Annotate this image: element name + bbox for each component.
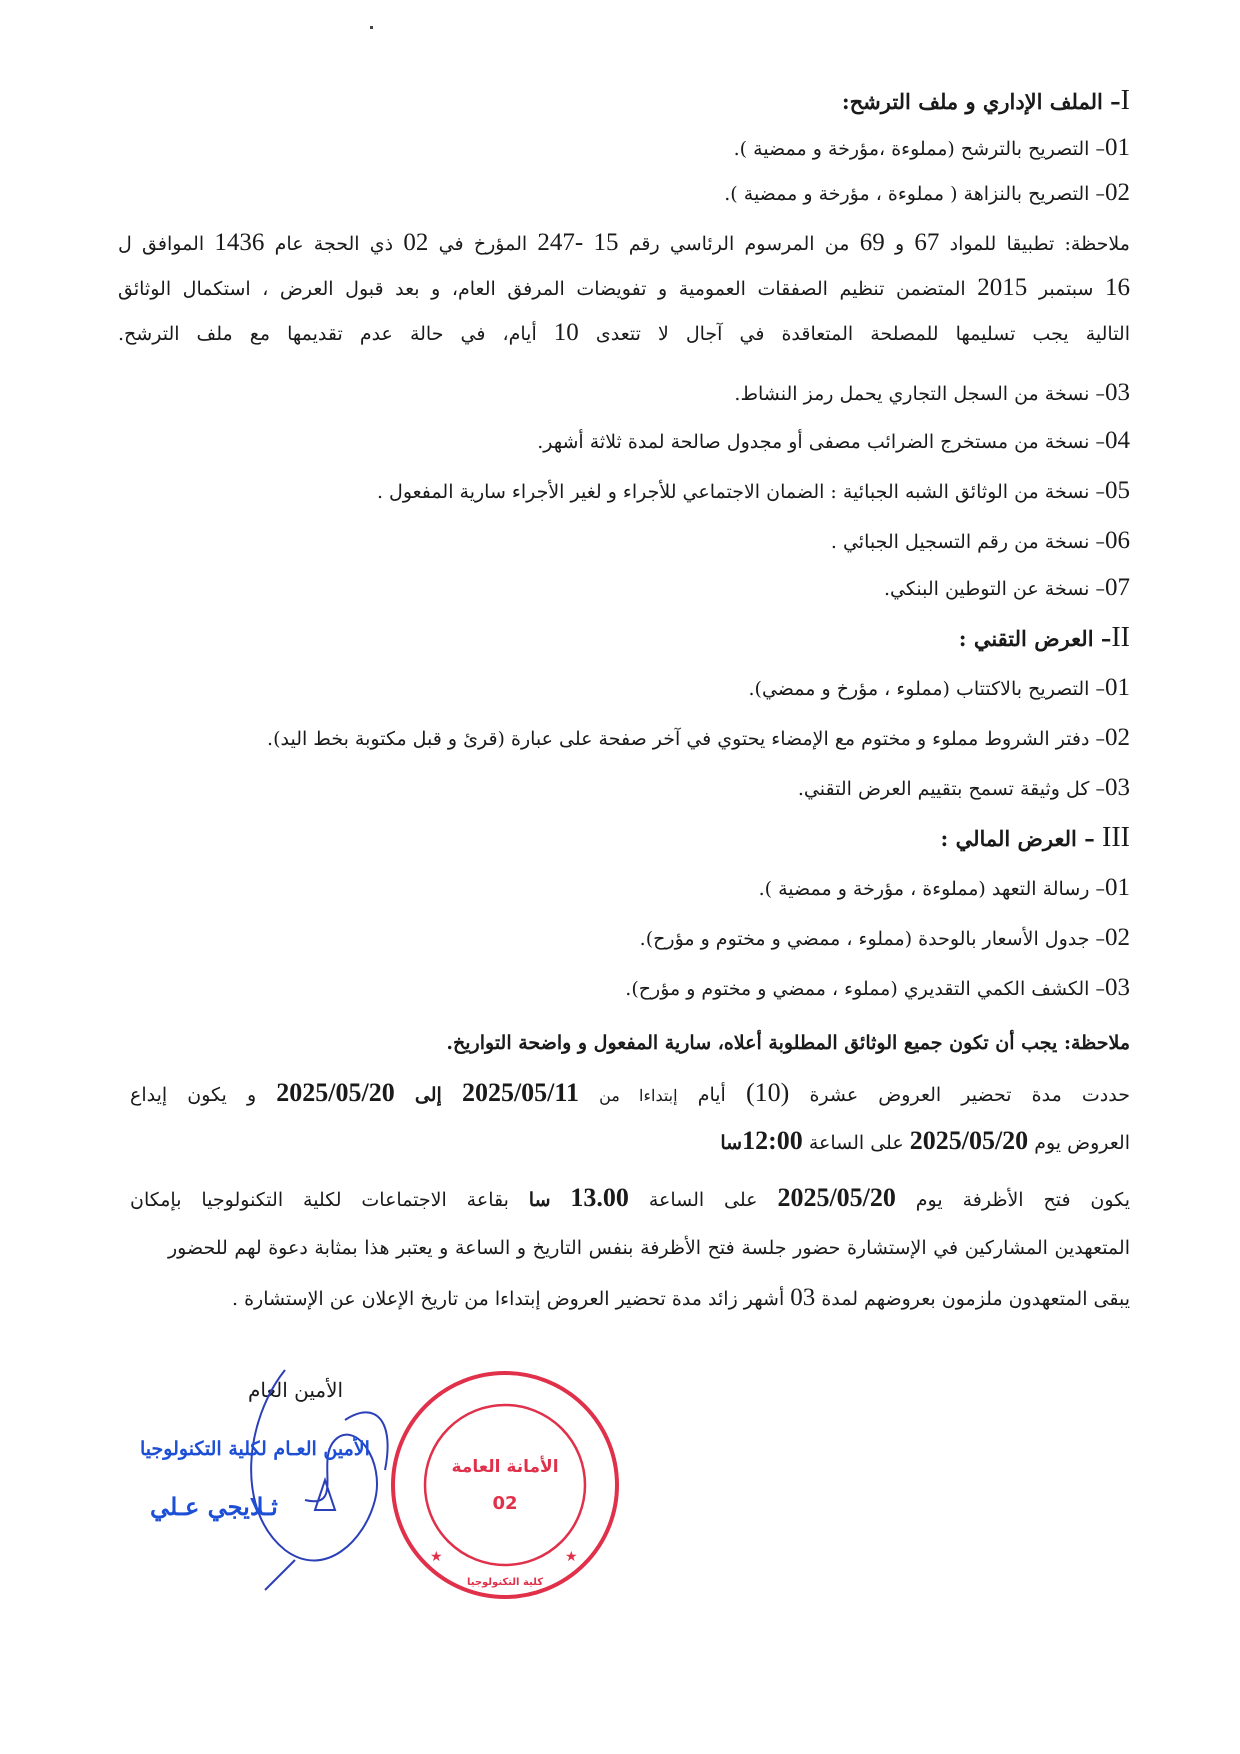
section-3-item-02: 02– جدول الأسعار بالوحدة (مملوء ، ممضي و… (640, 925, 1130, 952)
section-2-item-03: 03– كل وثيقة تسمح بتقييم العرض التقني. (798, 775, 1130, 802)
stamp-bottom-text: كلية التكنولوجيا (385, 1577, 625, 1588)
section-2-item-02: 02– دفتر الشروط مملوء و مختوم مع الإمضاء… (267, 725, 1130, 752)
official-name-stamp-line-2: ثـلايجي عـلي (150, 1492, 278, 1521)
section-1-heading: I– الملف الإداري و ملف الترشح: (842, 88, 1130, 115)
section-1-item-07: 07– نسخة عن التوطين البنكي. (884, 575, 1130, 602)
opening-line-3: يبقى المتعهدون ملزمون بعروضهم لمدة 03 أش… (232, 1285, 1130, 1312)
section-1-item-04: 04– نسخة من مستخرج الضرائب مصفى أو مجدول… (537, 428, 1130, 455)
section-1-item-02: 02– التصريح بالنزاهة ( مملوءة ، مؤرخة و … (724, 180, 1130, 207)
start-date: 2025/05/11 (462, 1078, 579, 1107)
official-name-stamp-line-1: الأمين العـام لكلية التكنولوجيا (140, 1438, 370, 1460)
section-3-heading: III – العرض المالي : (941, 825, 1131, 852)
final-note: ملاحظة: يجب أن تكون جميع الوثائق المطلوب… (446, 1030, 1130, 1056)
stamp-ring-icon: ★ ★ (385, 1365, 625, 1605)
section-1-item-03: 03– نسخة من السجل التجاري يحمل رمز النشا… (734, 380, 1130, 407)
section-1-item-01: 01– التصريح بالترشح (مملوءة ،مؤرخة و ممض… (734, 135, 1130, 162)
section-2-item-01: 01– التصريح بالاكتتاب (مملوء ، مؤرخ و مم… (749, 675, 1130, 702)
stamp-number: 02 (385, 1493, 625, 1514)
section-1-item-06: 06– نسخة من رقم التسجيل الجبائي . (831, 528, 1130, 555)
opening-line-1: يكون فتح الأظرفة يوم 2025/05/20 على السا… (130, 1185, 1130, 1213)
deposit-date: 2025/05/20 (910, 1126, 1028, 1155)
deadline-line-1: حددت مدة تحضير العروض عشرة (10) أيام إبت… (130, 1080, 1130, 1109)
svg-text:★: ★ (565, 1549, 578, 1565)
note-line-1: ملاحظة: تطبيقا للمواد 67 و 69 من المرسوم… (118, 230, 1130, 257)
opening-line-2: المتعهدين المشاركين في الإستشارة حضور جل… (168, 1235, 1130, 1261)
round-official-stamp: ★ ★ الأمانة العامة 02 كلية التكنولوجيا (385, 1365, 625, 1605)
section-2-heading: II– العرض التقني : (959, 625, 1130, 652)
section-3-item-01: 01– رسالة التعهد (مملوءة ، مؤرخة و ممضية… (759, 875, 1130, 902)
end-date: 2025/05/20 (276, 1078, 394, 1107)
note-line-3: التالية يجب تسليمها للمصلحة المتعاقدة في… (118, 320, 1130, 347)
section-3-item-03: 03– الكشف الكمي التقديري (مملوء ، ممضي و… (625, 975, 1130, 1002)
document-page: I– الملف الإداري و ملف الترشح: 01– التصر… (0, 0, 1240, 1754)
deposit-time: 12:00 (742, 1126, 803, 1155)
opening-time: 13.00 (570, 1183, 629, 1212)
deadline-line-2: العروض يوم 2025/05/20 على الساعة 12:00سا (720, 1128, 1130, 1156)
section-1-item-05: 05– نسخة من الوثائق الشبه الجبائية : الض… (377, 478, 1130, 505)
scan-speck (370, 26, 373, 29)
stamp-center-text: الأمانة العامة (385, 1457, 625, 1477)
svg-text:★: ★ (430, 1549, 443, 1565)
note-line-2: 16 سبتمبر 2015 المتضمن تنظيم الصفقات الع… (118, 275, 1130, 302)
opening-date: 2025/05/20 (777, 1183, 895, 1212)
